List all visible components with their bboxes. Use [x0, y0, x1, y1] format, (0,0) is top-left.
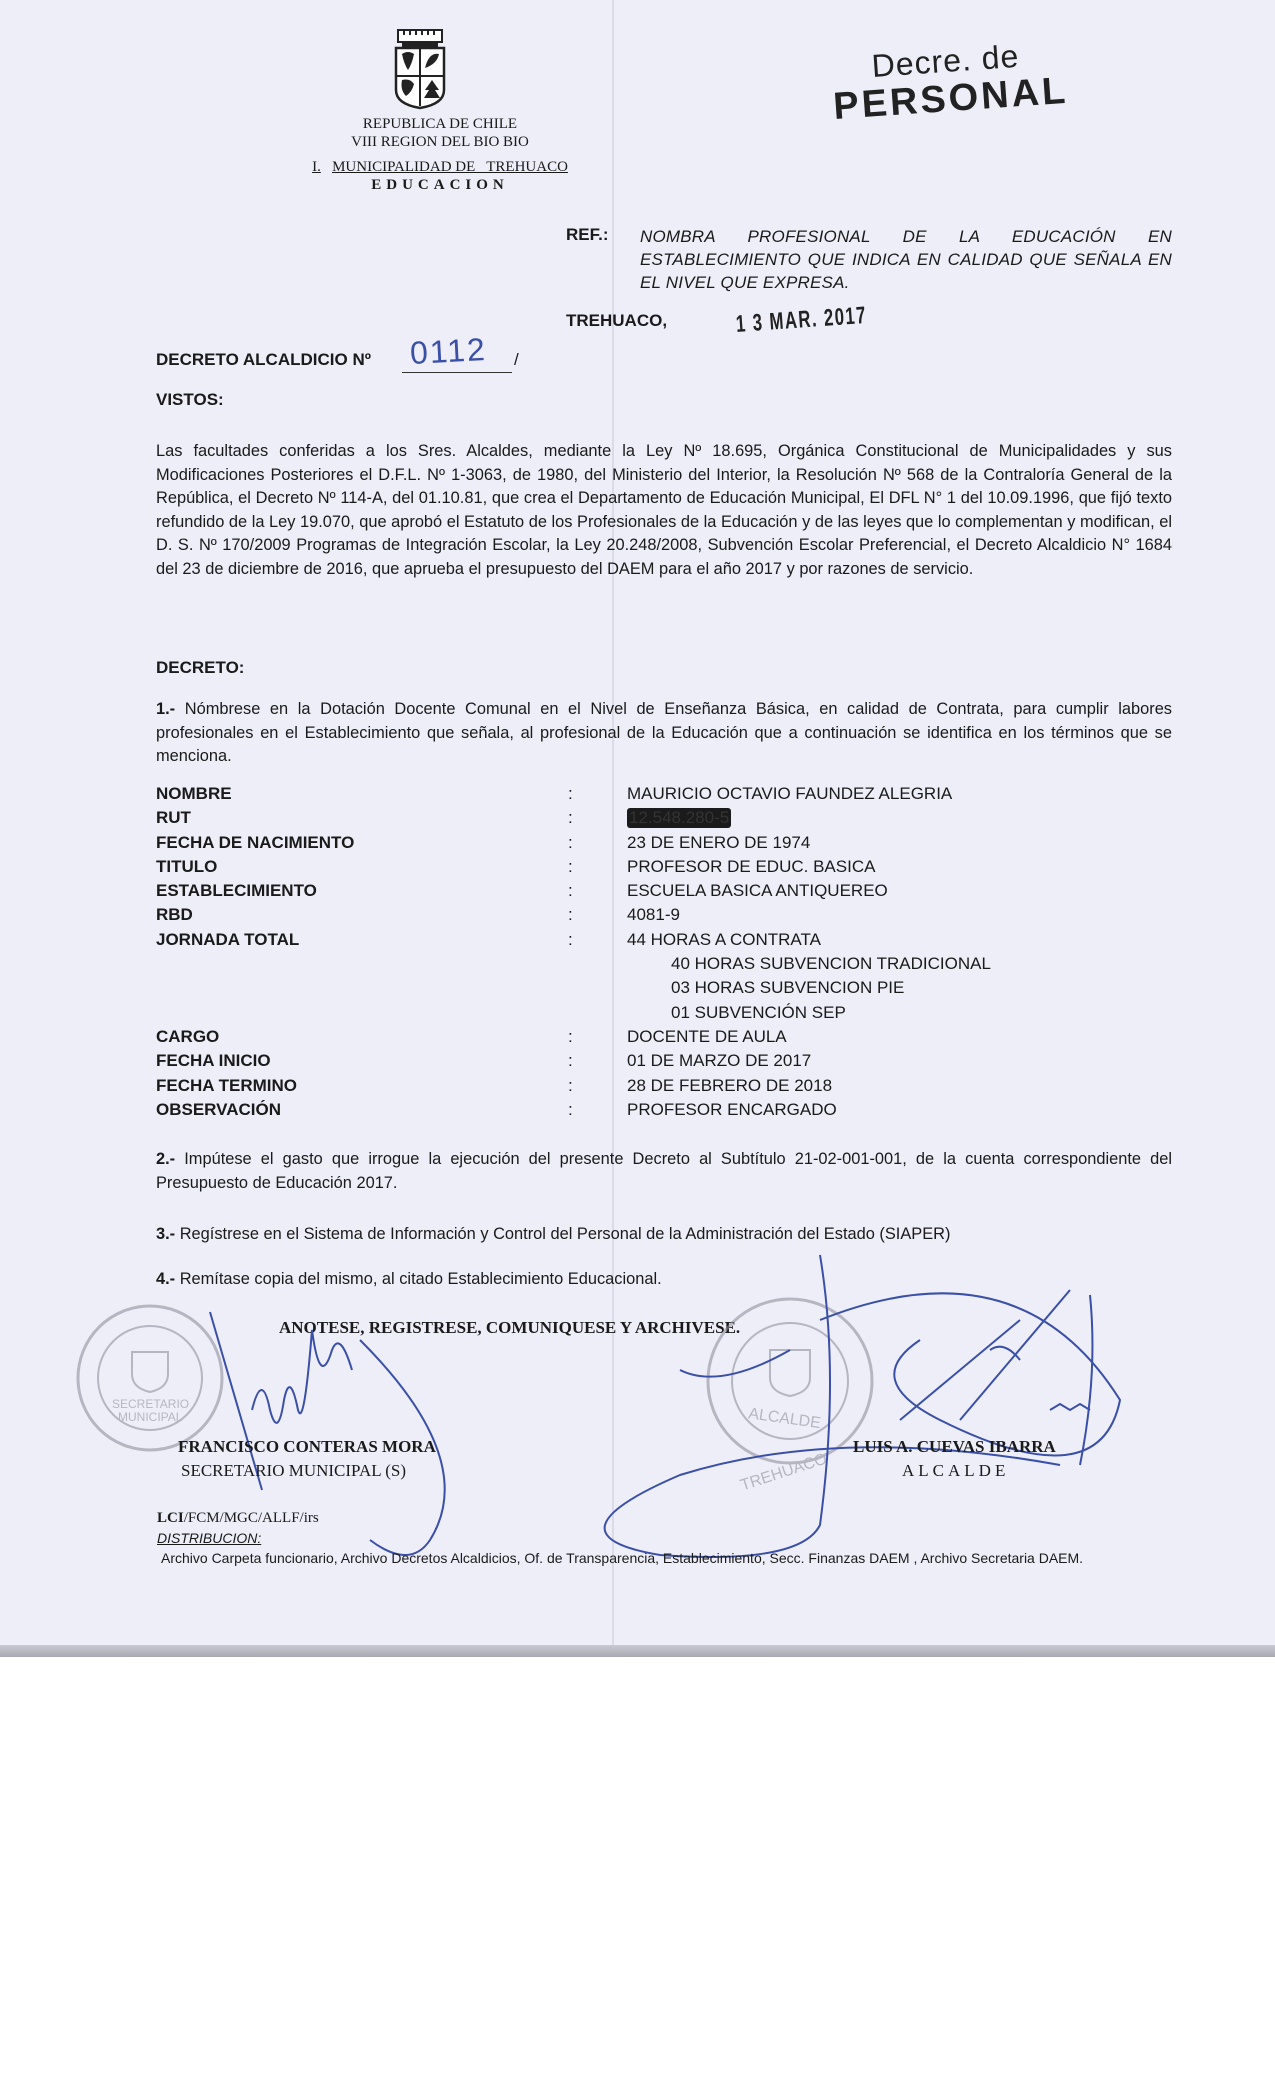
- detail-row: NOMBRE:MAURICIO OCTAVIO FAUNDEZ ALEGRIA: [156, 784, 1172, 808]
- detail-value-redacted: 12.548.280-5: [627, 808, 731, 828]
- detail-subvalue: 03 HORAS SUBVENCION PIE: [671, 978, 904, 998]
- detail-key: RUT: [156, 808, 191, 828]
- detail-key: ESTABLECIMIENTO: [156, 881, 317, 901]
- detail-row: 40 HORAS SUBVENCION TRADICIONAL: [156, 954, 1172, 978]
- detail-key: JORNADA TOTAL: [156, 930, 299, 950]
- detail-colon: :: [568, 1076, 573, 1096]
- detail-row: 03 HORAS SUBVENCION PIE: [156, 978, 1172, 1002]
- detail-colon: :: [568, 833, 573, 853]
- detail-colon: :: [568, 881, 573, 901]
- article-3: 3.- Regístrese en el Sistema de Informac…: [156, 1223, 1172, 1247]
- detail-value: PROFESOR DE EDUC. BASICA: [627, 857, 875, 877]
- vistos-heading: VISTOS:: [156, 390, 224, 410]
- article-number: 4.-: [156, 1270, 175, 1288]
- ref-label: REF.:: [566, 225, 609, 245]
- detail-key: TITULO: [156, 857, 217, 877]
- detail-colon: :: [568, 1100, 573, 1120]
- header-department: EDUCACION: [270, 176, 610, 194]
- page-bottom-edge: [0, 1645, 1275, 1657]
- article-number: 2.-: [156, 1150, 175, 1168]
- detail-value: 4081-9: [627, 905, 680, 925]
- detail-value: ESCUELA BASICA ANTIQUEREO: [627, 881, 888, 901]
- decreto-heading: DECRETO:: [156, 658, 244, 678]
- detail-key: OBSERVACIÓN: [156, 1100, 281, 1120]
- distribution-heading: DISTRIBUCION:: [157, 1530, 261, 1546]
- detail-row: OBSERVACIÓN:PROFESOR ENCARGADO: [156, 1100, 1172, 1124]
- header-region: VIII REGION DEL BIO BIO: [270, 133, 610, 151]
- article-number: 1.-: [156, 700, 175, 718]
- detail-value: 28 DE FEBRERO DE 2018: [627, 1076, 832, 1096]
- detail-value: 44 HORAS A CONTRATA: [627, 930, 821, 950]
- detail-row: ESTABLECIMIENTO:ESCUELA BASICA ANTIQUERE…: [156, 881, 1172, 905]
- detail-value: 23 DE ENERO DE 1974: [627, 833, 810, 853]
- vistos-paragraph: Las facultades conferidas a los Sres. Al…: [156, 440, 1172, 582]
- header-muni-name: MUNICIPALIDAD DE TREHUACO: [332, 159, 568, 175]
- article-text: Nómbrese en la Dotación Docente Comunal …: [156, 700, 1172, 765]
- article-number: 3.-: [156, 1225, 175, 1243]
- mayor-name: LUIS A. CUEVAS IBARRA: [853, 1437, 1056, 1457]
- detail-subvalue: 40 HORAS SUBVENCION TRADICIONAL: [671, 954, 991, 974]
- detail-key: FECHA TERMINO: [156, 1076, 297, 1096]
- decree-number-slash: /: [514, 350, 519, 370]
- detail-value: MAURICIO OCTAVIO FAUNDEZ ALEGRIA: [627, 784, 952, 804]
- closing-formula: ANOTESE, REGISTRESE, COMUNIQUESE Y ARCHI…: [279, 1318, 740, 1338]
- article-2: 2.- Impútese el gasto que irrogue la eje…: [156, 1148, 1172, 1195]
- distribution-list: Archivo Carpeta funcionario, Archivo Dec…: [161, 1549, 1181, 1568]
- ref-text: NOMBRA PROFESIONAL DE LA EDUCACIÓN EN ES…: [640, 225, 1172, 294]
- detail-row: CARGO:DOCENTE DE AULA: [156, 1027, 1172, 1051]
- detail-value: DOCENTE DE AULA: [627, 1027, 787, 1047]
- initials-bold: LCI: [157, 1510, 184, 1526]
- decree-number-underline: [402, 372, 512, 373]
- detail-colon: :: [568, 1051, 573, 1071]
- detail-row: 01 SUBVENCIÓN SEP: [156, 1003, 1172, 1027]
- detail-key: FECHA INICIO: [156, 1051, 271, 1071]
- article-text: Impútese el gasto que irrogue la ejecuci…: [156, 1150, 1172, 1192]
- detail-row: TITULO:PROFESOR DE EDUC. BASICA: [156, 857, 1172, 881]
- detail-key: CARGO: [156, 1027, 219, 1047]
- detail-colon: :: [568, 930, 573, 950]
- detail-key: NOMBRE: [156, 784, 232, 804]
- article-text: Remítase copia del mismo, al citado Esta…: [175, 1270, 662, 1288]
- detail-subvalue: 01 SUBVENCIÓN SEP: [671, 1003, 846, 1023]
- place: TREHUACO,: [566, 311, 667, 331]
- header-country: REPUBLICA DE CHILE: [270, 115, 610, 133]
- detail-value: 01 DE MARZO DE 2017: [627, 1051, 811, 1071]
- detail-colon: :: [568, 1027, 573, 1047]
- decree-number-handwritten: 0112: [409, 331, 488, 372]
- mayor-role: ALCALDE: [902, 1461, 1009, 1481]
- article-1: 1.- Nómbrese en la Dotación Docente Comu…: [156, 698, 1172, 769]
- detail-colon: :: [568, 808, 573, 828]
- detail-row: RUT:12.548.280-5: [156, 808, 1172, 832]
- header-muni-prefix: I.: [312, 159, 321, 175]
- decree-number-label: DECRETO ALCALDICIO Nº: [156, 350, 371, 370]
- detail-value: PROFESOR ENCARGADO: [627, 1100, 837, 1120]
- detail-row: FECHA INICIO:01 DE MARZO DE 2017: [156, 1051, 1172, 1075]
- header-municipality: I. MUNICIPALIDAD DE TREHUACO: [270, 158, 610, 176]
- article-4: 4.- Remítase copia del mismo, al citado …: [156, 1268, 1172, 1292]
- initials-line: LCI/FCM/MGC/ALLF/irs: [157, 1510, 319, 1527]
- detail-row: FECHA TERMINO:28 DE FEBRERO DE 2018: [156, 1076, 1172, 1100]
- detail-row: RBD:4081-9: [156, 905, 1172, 929]
- appointee-details: NOMBRE:MAURICIO OCTAVIO FAUNDEZ ALEGRIAR…: [156, 784, 1172, 1124]
- secretary-name: FRANCISCO CONTERAS MORA: [178, 1437, 436, 1457]
- detail-colon: :: [568, 784, 573, 804]
- initials-rest: /FCM/MGC/ALLF/irs: [184, 1510, 319, 1526]
- article-text: Regístrese en el Sistema de Información …: [175, 1225, 950, 1243]
- detail-colon: :: [568, 857, 573, 877]
- detail-row: FECHA DE NACIMIENTO:23 DE ENERO DE 1974: [156, 833, 1172, 857]
- detail-key: FECHA DE NACIMIENTO: [156, 833, 354, 853]
- detail-key: RBD: [156, 905, 193, 925]
- secretary-role: SECRETARIO MUNICIPAL (S): [181, 1461, 406, 1481]
- detail-colon: :: [568, 905, 573, 925]
- coat-of-arms-icon: [390, 28, 450, 110]
- detail-row: JORNADA TOTAL:44 HORAS A CONTRATA: [156, 930, 1172, 954]
